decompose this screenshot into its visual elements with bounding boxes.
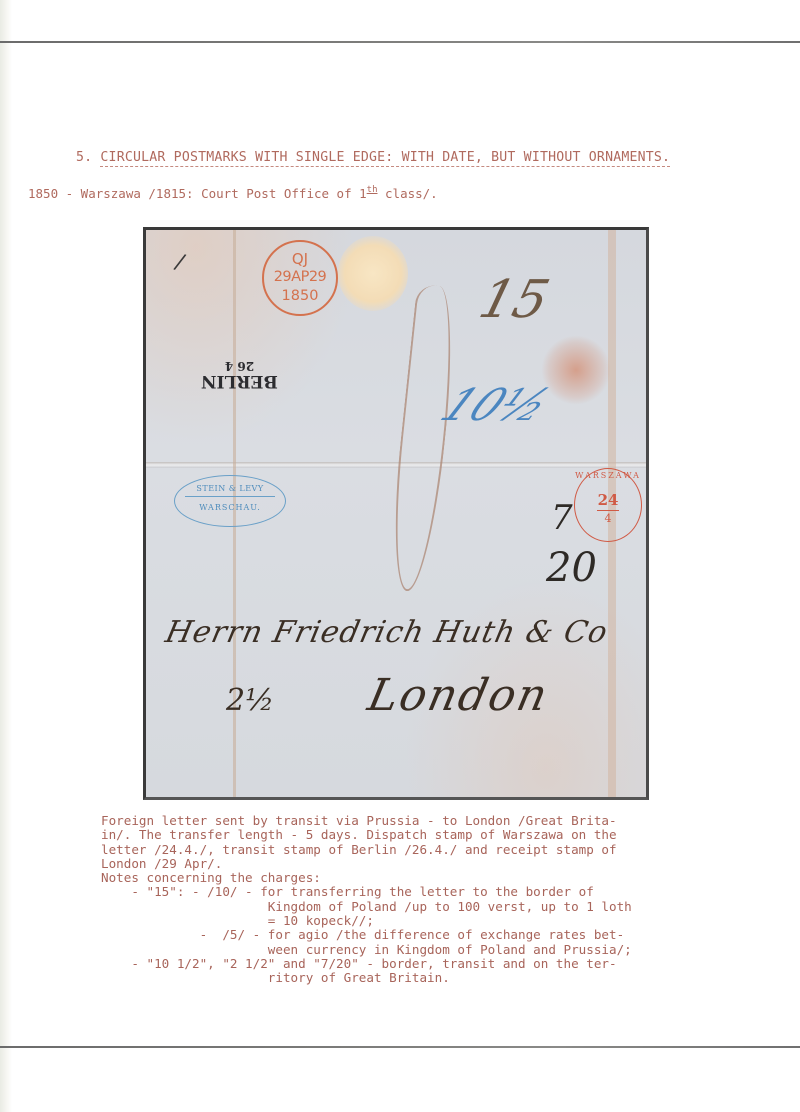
warszawa-postmark-month: 4 [575,512,641,525]
address-recipient: Herrn Friedrich Huth & Co [162,615,629,650]
description-line: Notes concerning the charges: [101,871,721,885]
london-receipt-postmark: QJ 29AP29 1850 [262,240,338,316]
address-line2: 2½ London [166,670,626,721]
warszawa-postmark-day: 24 [575,491,641,509]
section-title: CIRCULAR POSTMARKS WITH SINGLE EDGE: WIT… [100,150,670,167]
description-line: - "10 1/2", "2 1/2" and "7/20" - border,… [101,957,721,971]
bottom-rule [0,1046,800,1048]
firm-cachet-stamp: STEIN & LEVY WARSCHAU. [174,475,286,527]
subheading-text: 1850 - Warszawa /1815: Court Post Office… [28,186,367,201]
london-postmark-year: 1850 [264,288,336,304]
address-city: London [364,670,554,721]
description-line: Foreign letter sent by transit via Pruss… [101,814,721,828]
manuscript-charge-7: 7 [551,498,573,538]
handwritten-address: Herrn Friedrich Huth & Co 2½ London [166,615,626,721]
firm-cachet-name: STEIN & LEVY [175,484,285,493]
warszawa-postmark-bar [597,510,619,511]
description-line: London /29 Apr/. [101,857,721,871]
description-line: letter /24.4./, transit stamp of Berlin … [101,843,721,857]
berlin-transit-postmark: BERLIN 26 4 [201,360,278,389]
item-subheading: 1850 - Warszawa /1815: Court Post Office… [28,185,438,201]
description-line: Kingdom of Poland /up to 100 verst, up t… [101,900,721,914]
subheading-superscript: th [367,185,378,195]
description-line: ritory of Great Britain. [101,971,721,985]
firm-cachet-city: WARSCHAU. [175,503,285,512]
firm-cachet-divider [185,496,275,497]
description-line: - "15": - /10/ - for transferring the le… [101,885,721,899]
red-ink-smudge [541,335,611,405]
berlin-postmark-name: BERLIN [201,372,278,389]
description-line: in/. The transfer length - 5 days. Dispa… [101,828,721,842]
section-heading: 5. CIRCULAR POSTMARKS WITH SINGLE EDGE: … [76,150,670,165]
warszawa-postmark-name: WARSZAWA [575,471,641,480]
address-franco-mark: 2½ [226,683,274,718]
top-rule [0,41,800,43]
london-postmark-code: QJ [264,250,336,268]
scan-edge-shade [0,0,12,1112]
cover-letter-image: ∕ QJ 29AP29 1850 BERLIN 26 4 15 10½ STEI… [143,227,649,800]
description-line: ween currency in Kingdom of Poland and P… [101,943,721,957]
subheading-suffix: class/. [378,186,438,201]
description-text: Foreign letter sent by transit via Pruss… [101,814,721,986]
manuscript-charge-20: 20 [546,545,597,591]
warszawa-dispatch-postmark: WARSZAWA 24 4 [574,468,642,542]
london-postmark-date: 29AP29 [264,269,336,285]
description-line: = 10 kopeck//; [101,914,721,928]
horizontal-fold [146,462,646,468]
description-line: - /5/ - for agio /the difference of exch… [101,928,721,942]
wax-seal-imprint [338,236,408,311]
section-number: 5. [76,150,92,165]
